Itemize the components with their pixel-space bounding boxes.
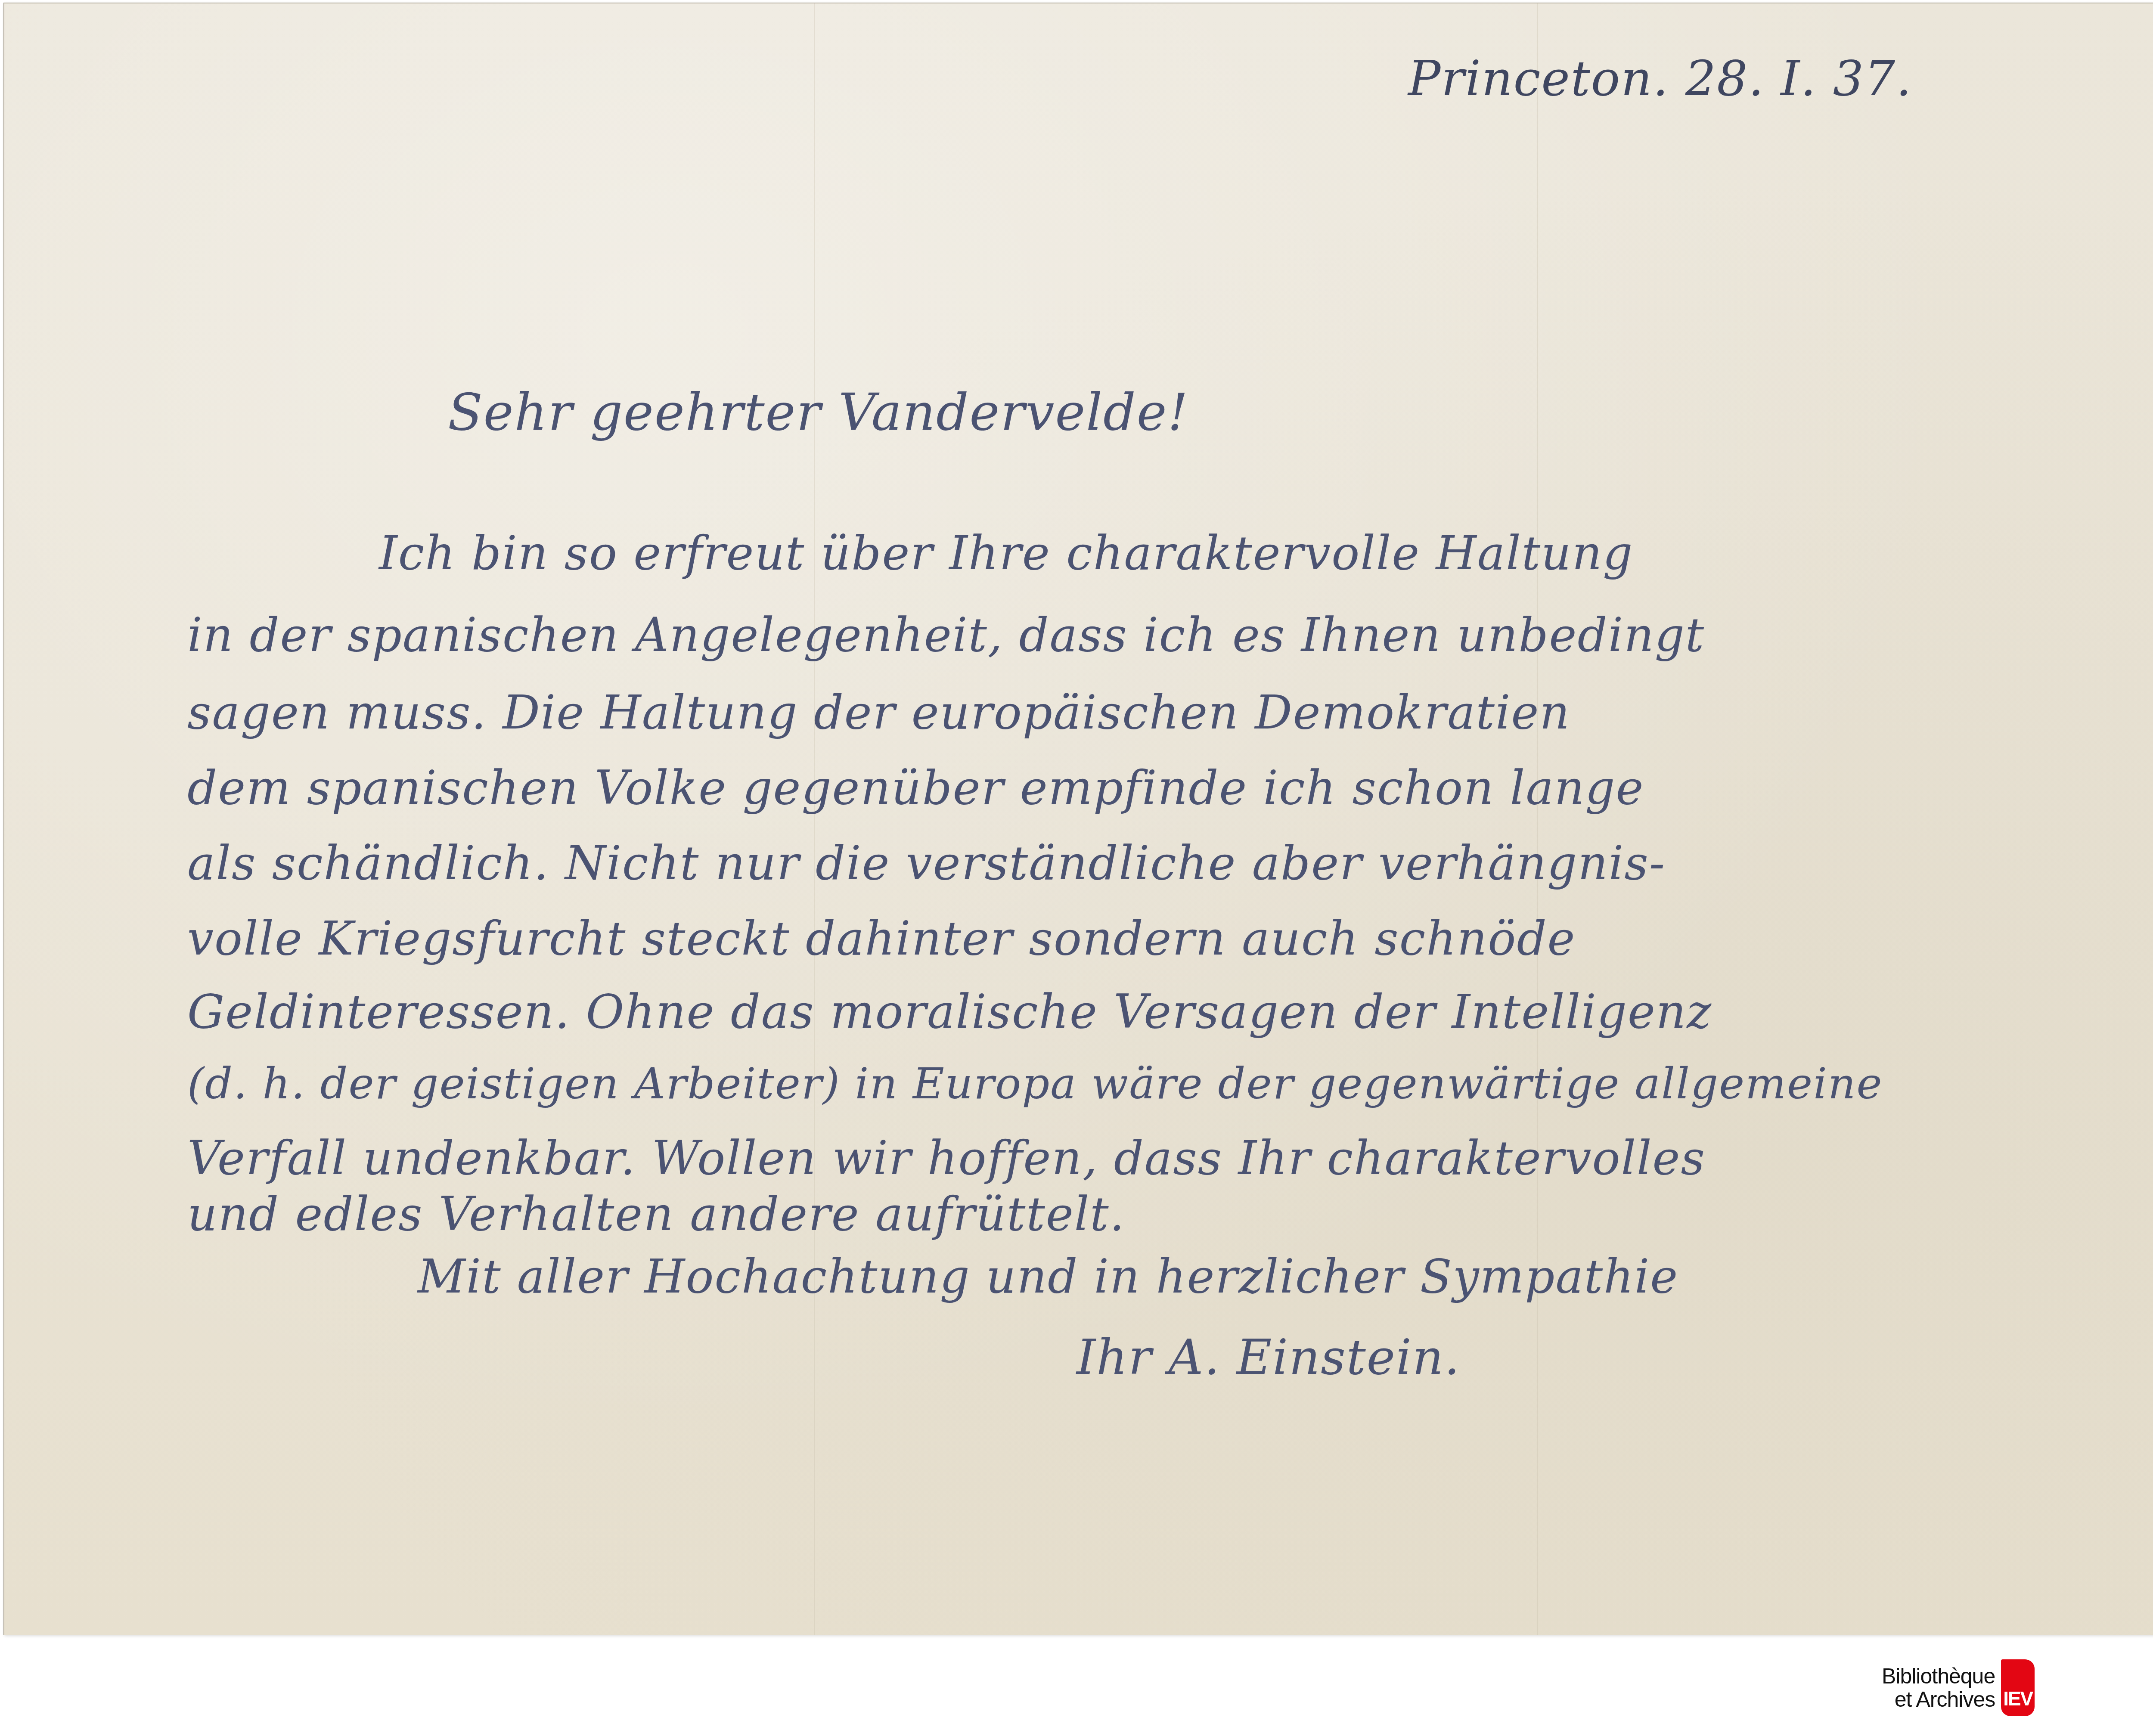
iev-badge-label: IEV bbox=[2003, 1687, 2032, 1710]
letter-body-line: volle Kriegsfurcht steckt dahinter sonde… bbox=[187, 912, 1576, 966]
paper-fold-line bbox=[814, 3, 815, 1635]
iev-badge-icon: IEV bbox=[2001, 1659, 2035, 1716]
letter-signature: Ihr A. Einstein. bbox=[1076, 1330, 1461, 1386]
archive-logo-line2: et Archives bbox=[1895, 1688, 1995, 1711]
paper-fold-line bbox=[1537, 3, 1538, 1635]
letter-body-line: Geldinteressen. Ohne das moralische Vers… bbox=[187, 985, 1712, 1039]
letter-body-line: dem spanischen Volke gegenüber empfinde … bbox=[187, 761, 1644, 815]
archive-logo-text: Bibliothèque et Archives bbox=[1882, 1665, 1995, 1711]
letter-closing: Mit aller Hochachtung und in herzlicher … bbox=[418, 1250, 1678, 1304]
letter-dateline: Princeton. 28. I. 37. bbox=[1408, 51, 1912, 107]
letter-body-line: in der spanischen Angelegenheit, dass ic… bbox=[187, 608, 1705, 662]
letter-body-line: sagen muss. Die Haltung der europäischen… bbox=[187, 686, 1570, 740]
page: Princeton. 28. I. 37. Sehr geehrter Vand… bbox=[0, 0, 2153, 1736]
letter-paper: Princeton. 28. I. 37. Sehr geehrter Vand… bbox=[3, 3, 2153, 1635]
letter-body-line: Verfall undenkbar. Wollen wir hoffen, da… bbox=[187, 1131, 1706, 1185]
archive-logo-line1: Bibliothèque bbox=[1882, 1665, 1995, 1688]
letter-body-line: Ich bin so erfreut über Ihre charaktervo… bbox=[379, 527, 1633, 580]
letter-body-line: und edles Verhalten andere aufrüttelt. bbox=[187, 1187, 1125, 1241]
letter-body-line: (d. h. der geistigen Arbeiter) in Europa… bbox=[187, 1058, 1883, 1109]
letter-salutation: Sehr geehrter Vandervelde! bbox=[448, 382, 1189, 442]
archive-logo[interactable]: Bibliothèque et Archives IEV bbox=[1882, 1653, 2035, 1722]
letter-body-line: als schändlich. Nicht nur die verständli… bbox=[187, 837, 1666, 890]
